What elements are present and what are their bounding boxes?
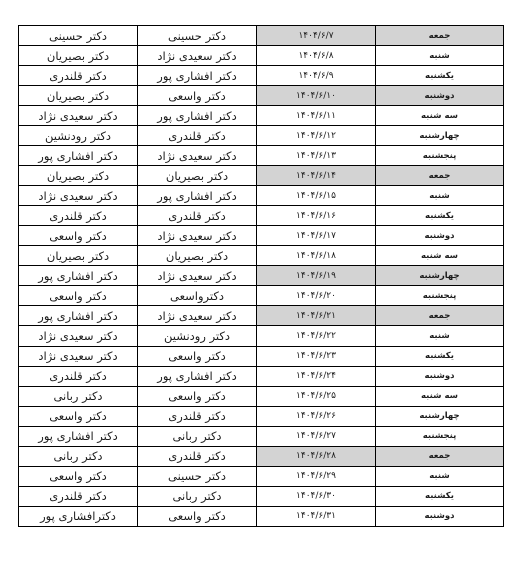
table-row: پنجشنبه ۱۴۰۴/۶/۲۰ دکترواسعی دکتر واسعی bbox=[19, 286, 504, 306]
date-cell: ۱۴۰۴/۶/۲۷ bbox=[257, 426, 376, 446]
doctor-second-cell: دکتر قلندری bbox=[19, 66, 138, 86]
doctor-first-cell: دکترواسعی bbox=[138, 286, 257, 306]
doctor-second-cell: دکتر افشاری پور bbox=[19, 306, 138, 326]
table-row: سه شنبه ۱۴۰۴/۶/۲۵ دکتر واسعی دکتر ربانی bbox=[19, 386, 504, 406]
weekday-cell: پنجشنبه bbox=[376, 146, 504, 166]
doctor-first-cell: دکتر واسعی bbox=[138, 86, 257, 106]
date-cell: ۱۴۰۴/۶/۳۰ bbox=[257, 486, 376, 506]
table-row: پنجشنبه ۱۴۰۴/۶/۲۷ دکتر ربانی دکتر افشاری… bbox=[19, 426, 504, 446]
weekday-cell: یکشنبه bbox=[376, 346, 504, 366]
doctor-first-cell: دکتر ربانی bbox=[138, 426, 257, 446]
date-cell: ۱۴۰۴/۶/۲۴ bbox=[257, 366, 376, 386]
schedule-table: جمعه ۱۴۰۴/۶/۷ دکتر حسینی دکتر حسینی شنبه… bbox=[18, 25, 504, 527]
table-row: سه شنبه ۱۴۰۴/۶/۱۱ دکتر افشاری پور دکتر س… bbox=[19, 106, 504, 126]
doctor-first-cell: دکتر سعیدی نژاد bbox=[138, 306, 257, 326]
weekday-cell: جمعه bbox=[376, 166, 504, 186]
date-cell: ۱۴۰۴/۶/۲۰ bbox=[257, 286, 376, 306]
doctor-first-cell: دکتر سعیدی نژاد bbox=[138, 266, 257, 286]
date-cell: ۱۴۰۴/۶/۸ bbox=[257, 46, 376, 66]
weekday-cell: سه شنبه bbox=[376, 246, 504, 266]
doctor-second-cell: دکتر بصیریان bbox=[19, 86, 138, 106]
weekday-cell: شنبه bbox=[376, 46, 504, 66]
document-page: جمعه ۱۴۰۴/۶/۷ دکتر حسینی دکتر حسینی شنبه… bbox=[0, 0, 530, 572]
weekday-cell: دوشنبه bbox=[376, 366, 504, 386]
table-row: دوشنبه ۱۴۰۴/۶/۱۰ دکتر واسعی دکتر بصیریان bbox=[19, 86, 504, 106]
doctor-second-cell: دکتر سعیدی نژاد bbox=[19, 106, 138, 126]
weekday-cell: سه شنبه bbox=[376, 106, 504, 126]
weekday-cell: یکشنبه bbox=[376, 66, 504, 86]
table-row: شنبه ۱۴۰۴/۶/۲۹ دکتر حسینی دکتر واسعی bbox=[19, 466, 504, 486]
weekday-cell: پنجشنبه bbox=[376, 286, 504, 306]
doctor-second-cell: دکتر بصیریان bbox=[19, 246, 138, 266]
doctor-first-cell: دکتر افشاری پور bbox=[138, 366, 257, 386]
date-cell: ۱۴۰۴/۶/۱۹ bbox=[257, 266, 376, 286]
table-row: جمعه ۱۴۰۴/۶/۷ دکتر حسینی دکتر حسینی bbox=[19, 26, 504, 46]
doctor-second-cell: دکتر واسعی bbox=[19, 226, 138, 246]
doctor-second-cell: دکتر واسعی bbox=[19, 286, 138, 306]
doctor-second-cell: دکتر قلندری bbox=[19, 206, 138, 226]
doctor-first-cell: دکتر قلندری bbox=[138, 206, 257, 226]
weekday-cell: پنجشنبه bbox=[376, 426, 504, 446]
doctor-first-cell: دکتر قلندری bbox=[138, 446, 257, 466]
date-cell: ۱۴۰۴/۶/۱۴ bbox=[257, 166, 376, 186]
weekday-cell: جمعه bbox=[376, 26, 504, 46]
doctor-first-cell: دکتر افشاری پور bbox=[138, 66, 257, 86]
date-cell: ۱۴۰۴/۶/۲۸ bbox=[257, 446, 376, 466]
doctor-second-cell: دکتر حسینی bbox=[19, 26, 138, 46]
table-row: دوشنبه ۱۴۰۴/۶/۱۷ دکتر سعیدی نژاد دکتر وا… bbox=[19, 226, 504, 246]
schedule-table-body: جمعه ۱۴۰۴/۶/۷ دکتر حسینی دکتر حسینی شنبه… bbox=[19, 26, 504, 527]
doctor-second-cell: دکتر افشاری پور bbox=[19, 146, 138, 166]
doctor-first-cell: دکتر واسعی bbox=[138, 386, 257, 406]
table-row: یکشنبه ۱۴۰۴/۶/۱۶ دکتر قلندری دکتر قلندری bbox=[19, 206, 504, 226]
table-row: یکشنبه ۱۴۰۴/۶/۹ دکتر افشاری پور دکتر قلن… bbox=[19, 66, 504, 86]
doctor-second-cell: دکتر بصیریان bbox=[19, 46, 138, 66]
weekday-cell: شنبه bbox=[376, 186, 504, 206]
date-cell: ۱۴۰۴/۶/۱۶ bbox=[257, 206, 376, 226]
table-row: دوشنبه ۱۴۰۴/۶/۳۱ دکتر واسعی دکترافشاری پ… bbox=[19, 506, 504, 526]
doctor-first-cell: دکتر قلندری bbox=[138, 126, 257, 146]
doctor-second-cell: دکترافشاری پور bbox=[19, 506, 138, 526]
doctor-second-cell: دکتر واسعی bbox=[19, 406, 138, 426]
date-cell: ۱۴۰۴/۶/۲۹ bbox=[257, 466, 376, 486]
weekday-cell: چهارشنبه bbox=[376, 266, 504, 286]
table-row: چهارشنبه ۱۴۰۴/۶/۱۹ دکتر سعیدی نژاد دکتر … bbox=[19, 266, 504, 286]
table-row: سه شنبه ۱۴۰۴/۶/۱۸ دکتر بصیریان دکتر بصیر… bbox=[19, 246, 504, 266]
table-row: دوشنبه ۱۴۰۴/۶/۲۴ دکتر افشاری پور دکتر قل… bbox=[19, 366, 504, 386]
date-cell: ۱۴۰۴/۶/۱۲ bbox=[257, 126, 376, 146]
doctor-second-cell: دکتر ربانی bbox=[19, 386, 138, 406]
date-cell: ۱۴۰۴/۶/۷ bbox=[257, 26, 376, 46]
doctor-first-cell: دکتر حسینی bbox=[138, 466, 257, 486]
doctor-first-cell: دکتر رودنشین bbox=[138, 326, 257, 346]
doctor-first-cell: دکتر افشاری پور bbox=[138, 186, 257, 206]
doctor-second-cell: دکتر افشاری پور bbox=[19, 426, 138, 446]
doctor-second-cell: دکتر سعیدی نژاد bbox=[19, 326, 138, 346]
weekday-cell: شنبه bbox=[376, 326, 504, 346]
date-cell: ۱۴۰۴/۶/۲۵ bbox=[257, 386, 376, 406]
weekday-cell: جمعه bbox=[376, 306, 504, 326]
doctor-first-cell: دکتر قلندری bbox=[138, 406, 257, 426]
weekday-cell: یکشنبه bbox=[376, 486, 504, 506]
date-cell: ۱۴۰۴/۶/۲۶ bbox=[257, 406, 376, 426]
doctor-second-cell: دکتر بصیریان bbox=[19, 166, 138, 186]
weekday-cell: دوشنبه bbox=[376, 86, 504, 106]
table-row: شنبه ۱۴۰۴/۶/۲۲ دکتر رودنشین دکتر سعیدی ن… bbox=[19, 326, 504, 346]
doctor-first-cell: دکتر بصیریان bbox=[138, 166, 257, 186]
table-row: پنجشنبه ۱۴۰۴/۶/۱۳ دکتر سعیدی نژاد دکتر ا… bbox=[19, 146, 504, 166]
table-row: شنبه ۱۴۰۴/۶/۱۵ دکتر افشاری پور دکتر سعید… bbox=[19, 186, 504, 206]
table-row: جمعه ۱۴۰۴/۶/۲۱ دکتر سعیدی نژاد دکتر افشا… bbox=[19, 306, 504, 326]
doctor-second-cell: دکتر سعیدی نژاد bbox=[19, 186, 138, 206]
date-cell: ۱۴۰۴/۶/۱۰ bbox=[257, 86, 376, 106]
date-cell: ۱۴۰۴/۶/۲۳ bbox=[257, 346, 376, 366]
date-cell: ۱۴۰۴/۶/۱۵ bbox=[257, 186, 376, 206]
table-row: یکشنبه ۱۴۰۴/۶/۳۰ دکتر ربانی دکتر قلندری bbox=[19, 486, 504, 506]
weekday-cell: دوشنبه bbox=[376, 226, 504, 246]
doctor-first-cell: دکتر واسعی bbox=[138, 506, 257, 526]
date-cell: ۱۴۰۴/۶/۹ bbox=[257, 66, 376, 86]
weekday-cell: چهارشنبه bbox=[376, 126, 504, 146]
date-cell: ۱۴۰۴/۶/۲۱ bbox=[257, 306, 376, 326]
table-row: چهارشنبه ۱۴۰۴/۶/۲۶ دکتر قلندری دکتر واسع… bbox=[19, 406, 504, 426]
date-cell: ۱۴۰۴/۶/۱۸ bbox=[257, 246, 376, 266]
doctor-first-cell: دکتر افشاری پور bbox=[138, 106, 257, 126]
doctor-first-cell: دکتر واسعی bbox=[138, 346, 257, 366]
date-cell: ۱۴۰۴/۶/۲۲ bbox=[257, 326, 376, 346]
date-cell: ۱۴۰۴/۶/۱۷ bbox=[257, 226, 376, 246]
table-row: جمعه ۱۴۰۴/۶/۲۸ دکتر قلندری دکتر ربانی bbox=[19, 446, 504, 466]
doctor-second-cell: دکتر رودنشین bbox=[19, 126, 138, 146]
weekday-cell: یکشنبه bbox=[376, 206, 504, 226]
doctor-first-cell: دکتر بصیریان bbox=[138, 246, 257, 266]
doctor-second-cell: دکتر افشاری پور bbox=[19, 266, 138, 286]
doctor-first-cell: دکتر ربانی bbox=[138, 486, 257, 506]
doctor-first-cell: دکتر حسینی bbox=[138, 26, 257, 46]
date-cell: ۱۴۰۴/۶/۳۱ bbox=[257, 506, 376, 526]
date-cell: ۱۴۰۴/۶/۱۱ bbox=[257, 106, 376, 126]
doctor-second-cell: دکتر قلندری bbox=[19, 486, 138, 506]
weekday-cell: جمعه bbox=[376, 446, 504, 466]
weekday-cell: چهارشنبه bbox=[376, 406, 504, 426]
doctor-first-cell: دکتر سعیدی نژاد bbox=[138, 146, 257, 166]
table-row: یکشنبه ۱۴۰۴/۶/۲۳ دکتر واسعی دکتر سعیدی ن… bbox=[19, 346, 504, 366]
doctor-second-cell: دکتر سعیدی نژاد bbox=[19, 346, 138, 366]
doctor-second-cell: دکتر ربانی bbox=[19, 446, 138, 466]
doctor-first-cell: دکتر سعیدی نژاد bbox=[138, 226, 257, 246]
table-row: چهارشنبه ۱۴۰۴/۶/۱۲ دکتر قلندری دکتر رودن… bbox=[19, 126, 504, 146]
date-cell: ۱۴۰۴/۶/۱۳ bbox=[257, 146, 376, 166]
weekday-cell: شنبه bbox=[376, 466, 504, 486]
weekday-cell: سه شنبه bbox=[376, 386, 504, 406]
doctor-second-cell: دکتر قلندری bbox=[19, 366, 138, 386]
doctor-first-cell: دکتر سعیدی نژاد bbox=[138, 46, 257, 66]
weekday-cell: دوشنبه bbox=[376, 506, 504, 526]
doctor-second-cell: دکتر واسعی bbox=[19, 466, 138, 486]
table-row: شنبه ۱۴۰۴/۶/۸ دکتر سعیدی نژاد دکتر بصیری… bbox=[19, 46, 504, 66]
table-row: جمعه ۱۴۰۴/۶/۱۴ دکتر بصیریان دکتر بصیریان bbox=[19, 166, 504, 186]
